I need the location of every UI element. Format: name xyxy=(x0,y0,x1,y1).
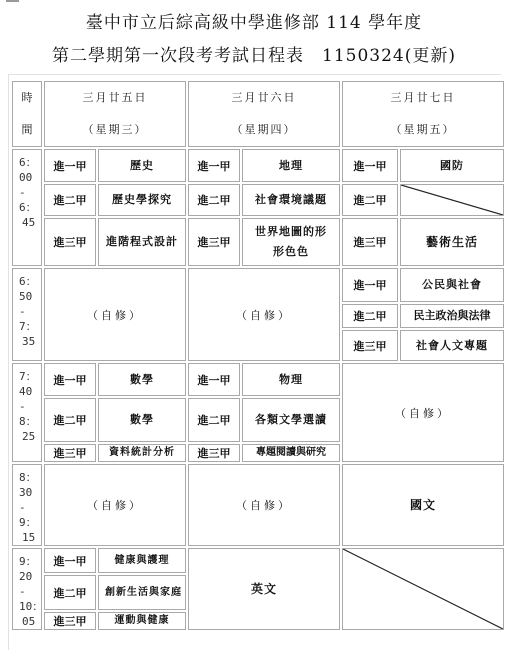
subject-cell: 進階程式設計 xyxy=(98,218,186,266)
diagonal-slash-icon xyxy=(401,185,503,215)
class-cell: 進二甲 xyxy=(188,398,240,442)
time-text: 9： xyxy=(19,554,41,569)
subject-cell: 物理 xyxy=(242,363,340,396)
class-cell: 進一甲 xyxy=(342,149,398,182)
subject-cell: 藝術生活 xyxy=(400,218,504,266)
exam-schedule-table: 時 間 三月廿五日 （星期三） 三月廿六日 （星期四） 三月廿七日 （星期五） … xyxy=(10,79,506,632)
day-header-1: 三月廿五日 （星期三） xyxy=(44,81,186,147)
subject-cell: 社會環境議題 xyxy=(242,184,340,216)
class-cell: 進三甲 xyxy=(44,218,96,266)
class-cell: 進一甲 xyxy=(44,363,96,396)
subject-cell: 國防 xyxy=(400,149,504,182)
subject-cell: 資料統計分析 xyxy=(98,444,186,462)
time-text: 30 - xyxy=(19,485,41,515)
self-study-cell: （自修） xyxy=(188,268,340,361)
table-row: 6： 50 - 7： 35 （自修） （自修） 進一甲 公民與社會 xyxy=(12,268,504,302)
class-cell: 進三甲 xyxy=(44,444,96,462)
class-cell: 進三甲 xyxy=(188,444,240,462)
time-text: 35 xyxy=(19,334,41,349)
subject-cell: 民主政治與法律 xyxy=(400,304,504,328)
class-cell: 進三甲 xyxy=(342,218,398,266)
time-cell: 6： 00 - 6： 45 xyxy=(12,149,42,266)
subject-cell: 公民與社會 xyxy=(400,268,504,302)
subject-cell: 運動與健康 xyxy=(98,612,186,630)
time-text: 6： xyxy=(19,155,41,170)
class-cell: 進三甲 xyxy=(342,330,398,361)
time-text: 15 xyxy=(19,530,41,545)
time-cell: 8： 30 - 9： 15 xyxy=(12,464,42,546)
time-header-char: 間 xyxy=(13,114,41,146)
time-text: 25 xyxy=(19,429,41,444)
self-study-cell: （自修） xyxy=(342,363,504,462)
time-cell: 6： 50 - 7： 35 xyxy=(12,268,42,361)
self-study-cell: （自修） xyxy=(188,464,340,546)
time-text: 50 - xyxy=(19,289,41,319)
time-text: 00 - xyxy=(19,170,41,200)
class-cell: 進一甲 xyxy=(44,149,96,182)
class-cell: 進一甲 xyxy=(188,363,240,396)
class-cell: 進一甲 xyxy=(188,149,240,182)
time-cell: 9： 20 - 10： 05 xyxy=(12,548,42,630)
subject-cell: 英文 xyxy=(188,548,340,630)
table-row: 進二甲 歷史學探究 進二甲 社會環境議題 進二甲 xyxy=(12,184,504,216)
subject-cell: 專題閱讀與研究 xyxy=(242,444,340,462)
corner-mark xyxy=(6,0,19,2)
date-label: 三月廿六日 xyxy=(189,82,339,114)
time-text: 20 - xyxy=(19,569,41,599)
weekday-label: （星期五） xyxy=(343,114,503,146)
empty-slash-cell xyxy=(400,184,504,216)
diagonal-slash-icon xyxy=(343,549,503,629)
class-cell: 進一甲 xyxy=(44,548,96,573)
class-cell: 進三甲 xyxy=(44,612,96,630)
table-row: 6： 00 - 6： 45 進一甲 歷史 進一甲 地理 進一甲 國防 xyxy=(12,149,504,182)
time-text: 8： xyxy=(19,470,41,485)
header-row: 時 間 三月廿五日 （星期三） 三月廿六日 （星期四） 三月廿七日 （星期五） xyxy=(12,81,504,147)
subject-cell: 地理 xyxy=(242,149,340,182)
time-text: 45 xyxy=(19,215,41,230)
time-text: 40 - xyxy=(19,384,41,414)
time-cell: 7： 40 - 8： 25 xyxy=(12,363,42,462)
class-cell: 進二甲 xyxy=(342,304,398,328)
time-text: 10： xyxy=(19,599,41,614)
class-cell: 進二甲 xyxy=(342,184,398,216)
time-text: 9： xyxy=(19,515,41,530)
time-header-char: 時 xyxy=(13,82,41,114)
class-cell: 進二甲 xyxy=(44,184,96,216)
weekday-label: （星期四） xyxy=(189,114,339,146)
date-label: 三月廿五日 xyxy=(45,82,185,114)
time-text: 6： xyxy=(19,200,41,215)
class-cell: 進一甲 xyxy=(342,268,398,302)
subject-cell: 創新生活與家庭 xyxy=(98,575,186,609)
class-cell: 進二甲 xyxy=(44,398,96,442)
self-study-cell: （自修） xyxy=(44,268,186,361)
subject-cell: 數學 xyxy=(98,363,186,396)
page-subtitle: 第二學期第一次段考考試日程表 1150324(更新) xyxy=(0,41,508,66)
time-text: 6： xyxy=(19,274,41,289)
day-header-2: 三月廿六日 （星期四） xyxy=(188,81,340,147)
subject-cell: 世界地圖的形形色色 xyxy=(242,218,340,266)
subject-cell: 歷史 xyxy=(98,149,186,182)
subject-cell: 健康與護理 xyxy=(98,548,186,573)
subject-cell: 國文 xyxy=(342,464,504,546)
time-header: 時 間 xyxy=(12,81,42,147)
day-header-3: 三月廿七日 （星期五） xyxy=(342,81,504,147)
empty-slash-cell xyxy=(342,548,504,630)
subject-cell: 社會人文專題 xyxy=(400,330,504,361)
weekday-label: （星期三） xyxy=(45,114,185,146)
table-row: 7： 40 - 8： 25 進一甲 數學 進一甲 物理 （自修） xyxy=(12,363,504,396)
table-row: 9： 20 - 10： 05 進一甲 健康與護理 英文 xyxy=(12,548,504,573)
subject-cell: 數學 xyxy=(98,398,186,442)
table-row: 進三甲 進階程式設計 進三甲 世界地圖的形形色色 進三甲 藝術生活 xyxy=(12,218,504,266)
subject-cell: 各類文學選讀 xyxy=(242,398,340,442)
date-label: 三月廿七日 xyxy=(343,82,503,114)
time-text: 7： xyxy=(19,369,41,384)
self-study-cell: （自修） xyxy=(44,464,186,546)
time-text: 8： xyxy=(19,414,41,429)
class-cell: 進二甲 xyxy=(44,575,96,609)
subject-cell: 歷史學探究 xyxy=(98,184,186,216)
time-text: 7： xyxy=(19,319,41,334)
class-cell: 進三甲 xyxy=(188,218,240,266)
class-cell: 進二甲 xyxy=(188,184,240,216)
time-text: 05 xyxy=(19,614,41,629)
table-row: 8： 30 - 9： 15 （自修） （自修） 國文 xyxy=(12,464,504,546)
page-title: 臺中市立后綜高級中學進修部 114 學年度 xyxy=(0,8,508,33)
